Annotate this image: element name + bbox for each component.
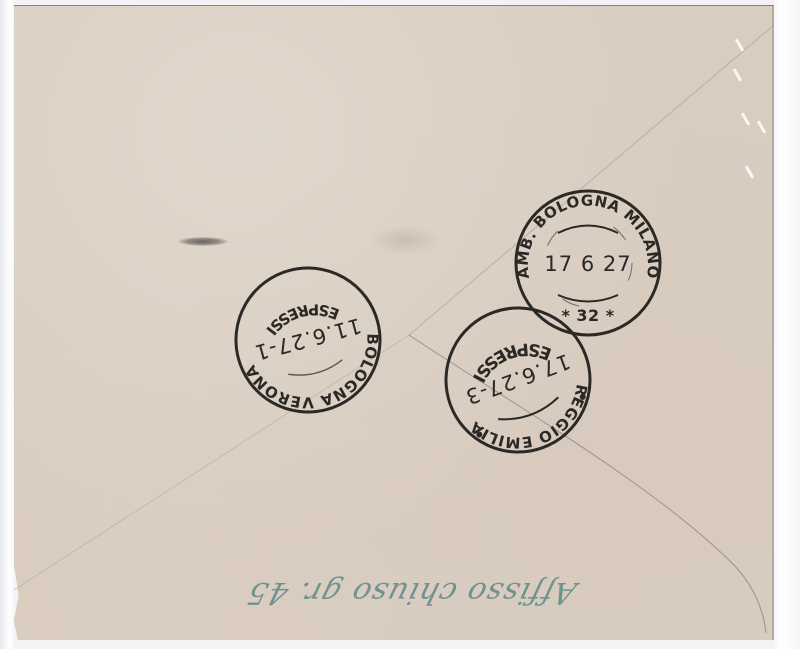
postmark-reggio-emilia: REGGIO EMILIA ESPRESSI 17.6.27-3 — [443, 305, 593, 455]
handwritten-note: Affisso chiuso gr. 45 — [197, 550, 633, 610]
ink-smudge — [370, 225, 440, 255]
svg-text:17 6 27: 17 6 27 — [544, 252, 631, 276]
ink-blot — [178, 237, 228, 246]
postmark-bologna-verona: BOLOGNA VERONA ESPRESSI 11.6.27-1 — [233, 265, 383, 415]
